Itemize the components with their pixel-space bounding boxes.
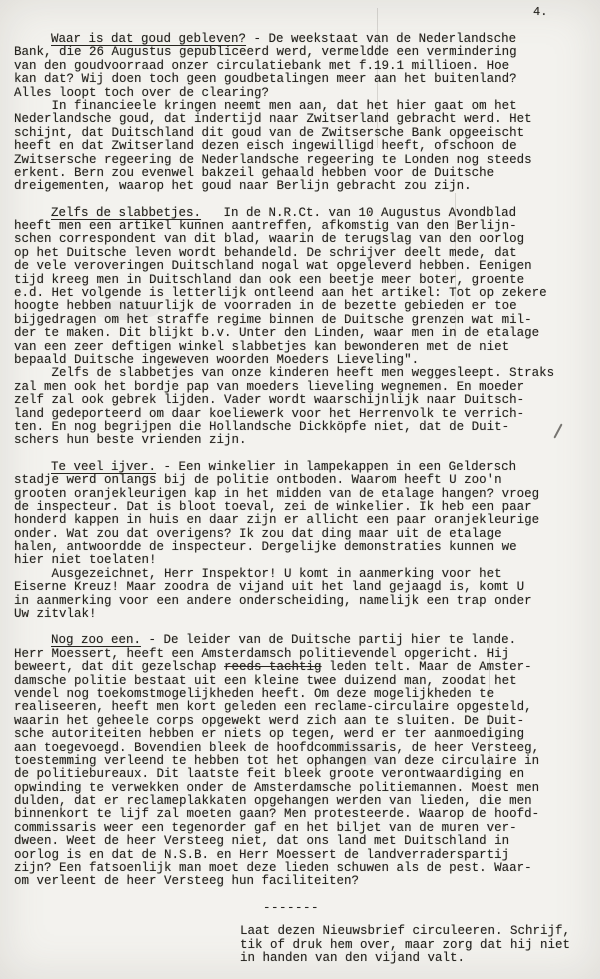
text-line: van een zeer deftigen winkel slabbetjes … bbox=[14, 341, 592, 354]
text-line: oorlog is en dat de N.S.B. en Herr Moess… bbox=[14, 849, 592, 862]
text-line: ten. En nog begrijpen die Hollandsche Di… bbox=[14, 421, 592, 434]
text-line: schijnt, dat Duitschland dit goud van de… bbox=[14, 127, 592, 140]
text-line: op het Duitsche leven wordt behandeld. D… bbox=[14, 247, 592, 260]
section-title: Zelfs de slabbetjes. bbox=[51, 206, 201, 220]
text-line: grooten oranjekleurigen kap in het midde… bbox=[14, 488, 592, 501]
section-first-line: Waar is dat goud gebleven? - De weekstaa… bbox=[14, 33, 592, 46]
text-line: de vele veroveringen Duitschland nogal w… bbox=[14, 260, 592, 273]
section-first-line: Zelfs de slabbetjes. In de N.R.Ct. van 1… bbox=[14, 207, 592, 220]
text-line: stadje werd onlangs bij de politie ontbo… bbox=[14, 474, 592, 487]
text-line: heeft men een artikel kunnen aantreffen,… bbox=[14, 220, 592, 233]
section-lines: stadje werd onlangs bij de politie ontbo… bbox=[14, 474, 592, 621]
text-line: sche autoriteiten hebben er niets op teg… bbox=[14, 728, 592, 741]
text-line: van den goudvoorraad onzer circulatieban… bbox=[14, 60, 592, 73]
section-first-line-rest: - De weekstaat van de Nederlandsche bbox=[246, 32, 516, 46]
text-line: halen, antwoordde de inspecteur. Dergeli… bbox=[14, 541, 592, 554]
section-first-line-rest: - Een winkelier in lampekappen in een Ge… bbox=[156, 460, 516, 474]
text-line: dween. Weet de heer Versteeg niet, dat o… bbox=[14, 835, 592, 848]
text-line: honderd kappen in huis en daar zijn er a… bbox=[14, 514, 592, 527]
scanned-document-page: 4. Waar is dat goud gebleven? - De weeks… bbox=[0, 0, 600, 979]
text-line: zal men ook het bordje pap van moeders l… bbox=[14, 381, 592, 394]
text-line: schen correspondent van dit blad, waarin… bbox=[14, 233, 592, 246]
text-line: waarin het geheele corps opgewekt werd z… bbox=[14, 715, 592, 728]
text-line: zijn? Een fatsoenlijk man moet deze lied… bbox=[14, 862, 592, 875]
text-line: tik of druk hem over, maar zorg dat hij … bbox=[240, 939, 592, 952]
text-line: Zwitsersche regeering de Nederlandsche r… bbox=[14, 154, 592, 167]
text-line: dreigementen, waarop het goud naar Berli… bbox=[14, 180, 592, 193]
text-line: Ausgezeichnet, Herr Inspektor! U komt in… bbox=[14, 568, 592, 581]
section-too-much-zeal: Te veel ijver. - Een winkelier in lampek… bbox=[14, 461, 592, 622]
text-line: de inspecteur. Dat is bloot toeval, zei … bbox=[14, 501, 592, 514]
section-lines: Herr Moessert, heeft een Amsterdamsch po… bbox=[14, 648, 592, 889]
text-line: hier niet toelaten! bbox=[14, 554, 592, 567]
text-line: Eiserne Kreuz! Maar zoodra de vijand uit… bbox=[14, 581, 592, 594]
section-first-line-rest: In de N.R.Ct. van 10 Augustus Avondblad bbox=[201, 206, 516, 220]
text-line: erkent. Bern zou evenwel bakzeil gehaald… bbox=[14, 167, 592, 180]
text-line: land gedeporteerd om daar koeliewerk voo… bbox=[14, 408, 592, 421]
text-line: Alles loopt toch over de clearing? bbox=[14, 87, 592, 100]
section-another-one: Nog zoo een. - De leider van de Duitsche… bbox=[14, 634, 592, 888]
text-line: de politiebureaux. Dit laatste feit blee… bbox=[14, 768, 592, 781]
text-line: Uw zitvlak! bbox=[14, 608, 592, 621]
text-line: vendel nog toekomstmogelijkheden heeft. … bbox=[14, 688, 592, 701]
text-line: Zelfs de slabbetjes van onze kinderen he… bbox=[14, 367, 592, 380]
text-line: heeft en dat Zwitserland dezen eisch ing… bbox=[14, 140, 592, 153]
page-number: 4. bbox=[533, 5, 547, 19]
text-line: In financieele kringen neemt men aan, da… bbox=[14, 100, 592, 113]
text-line: der te maken. Dit blijkt b.v. Unter den … bbox=[14, 327, 592, 340]
document-body: Waar is dat goud gebleven? - De weekstaa… bbox=[14, 33, 592, 965]
section-first-line: Nog zoo een. - De leider van de Duitsche… bbox=[14, 634, 592, 647]
section-first-line: Te veel ijver. - Een winkelier in lampek… bbox=[14, 461, 592, 474]
text-line: opwinding te verwekken onder de Amsterda… bbox=[14, 782, 592, 795]
section-title: Waar is dat goud gebleven? bbox=[51, 32, 246, 46]
text-line: hoogte hebben natuurlijk de voorraden in… bbox=[14, 300, 592, 313]
text-line: tijd kreeg men in Duitschland dan ook ee… bbox=[14, 274, 592, 287]
section-title: Nog zoo een. bbox=[51, 633, 141, 647]
section-first-line-rest: - De leider van de Duitsche partij hier … bbox=[141, 633, 516, 647]
section-bibs: Zelfs de slabbetjes. In de N.R.Ct. van 1… bbox=[14, 207, 592, 448]
text-line: onder. Wat zou dat overigens? Ik zou dat… bbox=[14, 528, 592, 541]
text-line: beweert, dat dit gezelschap reeds tachti… bbox=[14, 661, 592, 674]
text-line: bijgedragen om het straffe regime binnen… bbox=[14, 314, 592, 327]
text-line: kan dat? Wij doen toch geen goudbetaling… bbox=[14, 73, 592, 86]
text-line: damsche politie bestaat uit een kleine t… bbox=[14, 675, 592, 688]
text-line: Laat dezen Nieuwsbrief circuleeren. Schr… bbox=[240, 925, 592, 938]
text-line: e.d. Het volgende is letterlijk ontleend… bbox=[14, 287, 592, 300]
text-line: commissaris weer een tegenorder gaf en h… bbox=[14, 822, 592, 835]
text-line: dulden, dat er reclameplakkaten opgehang… bbox=[14, 795, 592, 808]
text-line: schers hun beste vrienden zijn. bbox=[14, 434, 592, 447]
text-line: om verleent de heer Versteeg hun facilit… bbox=[14, 875, 592, 888]
section-title: Te veel ijver. bbox=[51, 460, 156, 474]
closing-note: Laat dezen Nieuwsbrief circuleeren. Schr… bbox=[240, 925, 592, 965]
text-line: binnenkort te lijf zal moeten gaan? Men … bbox=[14, 808, 592, 821]
text-line: Herr Moessert, heeft een Amsterdamsch po… bbox=[14, 648, 592, 661]
text-line: toestemming verleend te hebben tot het o… bbox=[14, 755, 592, 768]
text-line: zelf zal ook gebrek lijden. Vader wordt … bbox=[14, 394, 592, 407]
text-line: realiseeren, heeft men kort geleden een … bbox=[14, 701, 592, 714]
text-line: in aanmerking voor een andere onderschei… bbox=[14, 595, 592, 608]
text-line: in handen van den vijand valt. bbox=[240, 952, 592, 965]
text-line: Bank, die 26 Augustus gepubliceerd werd,… bbox=[14, 46, 592, 59]
text-line: bepaald Duitsche ingeweven woorden Moede… bbox=[14, 354, 592, 367]
section-lines: heeft men een artikel kunnen aantreffen,… bbox=[14, 220, 592, 448]
text-line: Nederlandsche goud, dat indertijd naar Z… bbox=[14, 113, 592, 126]
section-lines: Bank, die 26 Augustus gepubliceerd werd,… bbox=[14, 46, 592, 193]
section-separator: ------- bbox=[263, 902, 592, 915]
section-gold-missing: Waar is dat goud gebleven? - De weekstaa… bbox=[14, 33, 592, 194]
text-line: aan toegevoegd. Bovendien bleek de hoofd… bbox=[14, 742, 592, 755]
